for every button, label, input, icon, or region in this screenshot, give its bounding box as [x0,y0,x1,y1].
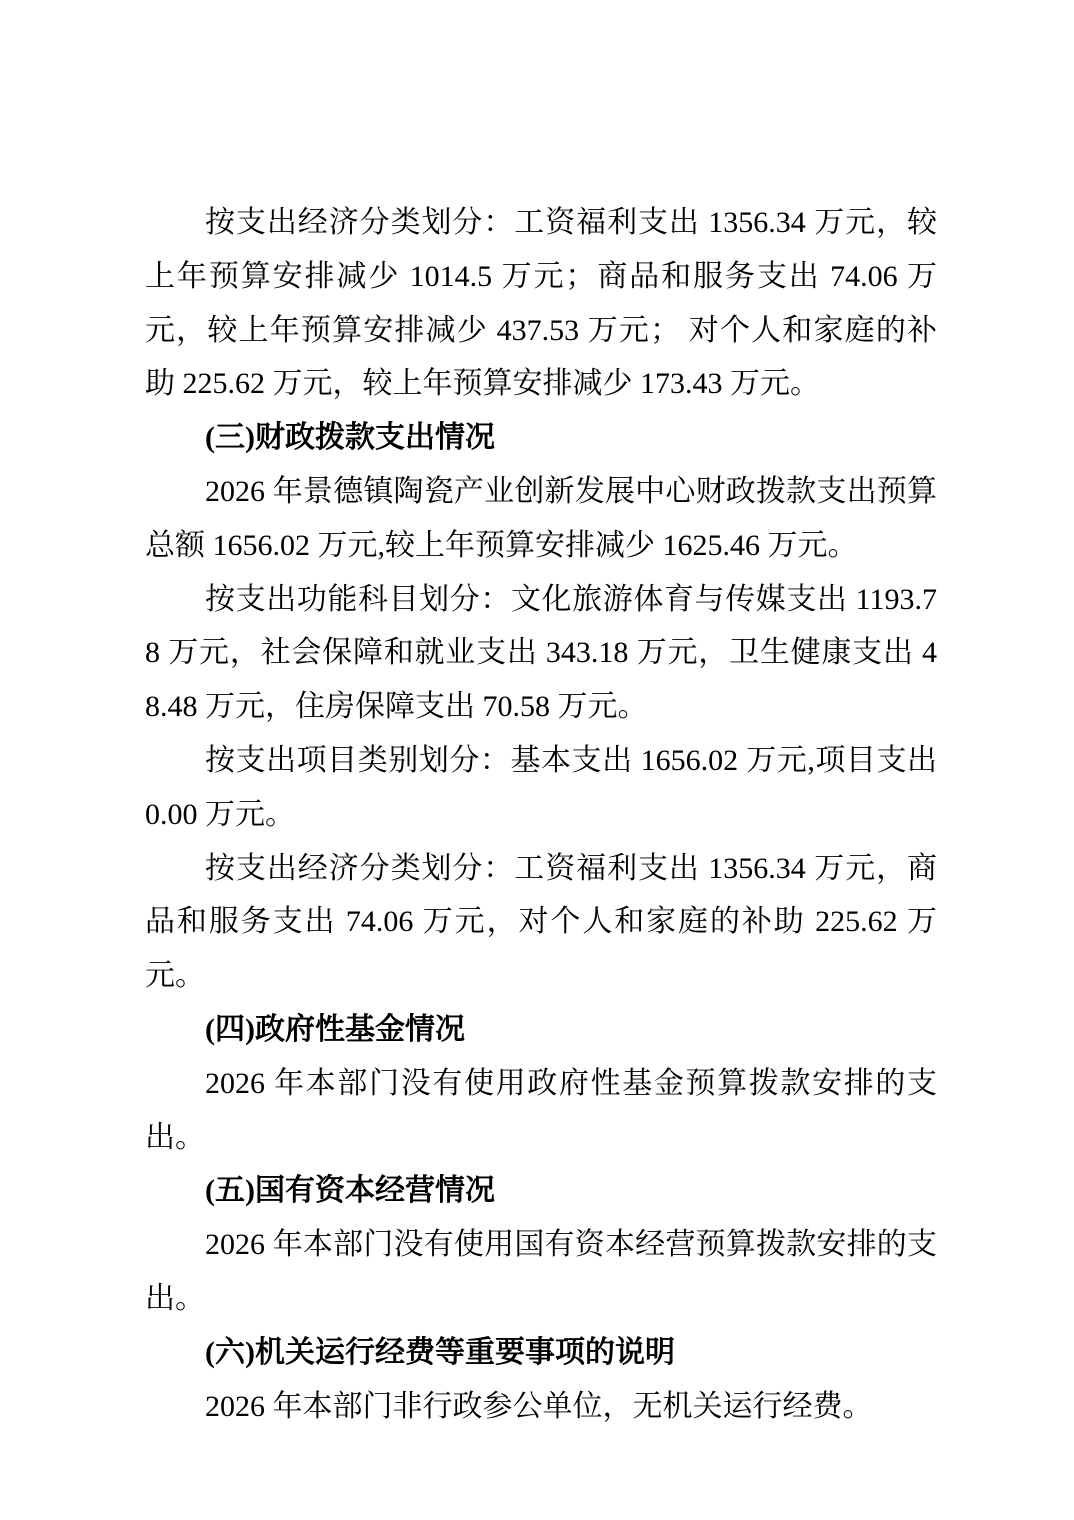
para-operating-expense-statement: 2026 年本部门非行政参公单位，无机关运行经费。 [145,1380,937,1434]
para-expense-by-function: 按支出功能科目划分：文化旅游体育与传媒支出 1193.78 万元，社会保障和就业… [145,573,937,734]
heading-section-6-operating-expense-notes: (六)机关运行经费等重要事项的说明 [145,1326,937,1380]
heading-section-3-fiscal-allocation-expense: (三)财政拨款支出情况 [145,411,937,465]
para-expense-by-economic-class-2: 按支出经济分类划分：工资福利支出 1356.34 万元，商品和服务支出 74.0… [145,842,937,1003]
para-expense-by-project-type: 按支出项目类别划分：基本支出 1656.02 万元,项目支出 0.00 万元。 [145,734,937,842]
heading-section-4-government-funds: (四)政府性基金情况 [145,1003,937,1057]
para-state-capital-statement: 2026 年本部门没有使用国有资本经营预算拨款安排的支出。 [145,1218,937,1326]
heading-section-5-state-capital-operation: (五)国有资本经营情况 [145,1164,937,1218]
document-body: 按支出经济分类划分：工资福利支出 1356.34 万元，较上年预算安排减少 10… [145,196,937,1433]
para-expense-by-economic-class: 按支出经济分类划分：工资福利支出 1356.34 万元，较上年预算安排减少 10… [145,196,937,411]
para-fiscal-allocation-total: 2026 年景德镇陶瓷产业创新发展中心财政拨款支出预算总额 1656.02 万元… [145,465,937,573]
para-government-funds-statement: 2026 年本部门没有使用政府性基金预算拨款安排的支出。 [145,1057,937,1165]
document-page: 按支出经济分类划分：工资福利支出 1356.34 万元，较上年预算安排减少 10… [0,0,1074,1520]
